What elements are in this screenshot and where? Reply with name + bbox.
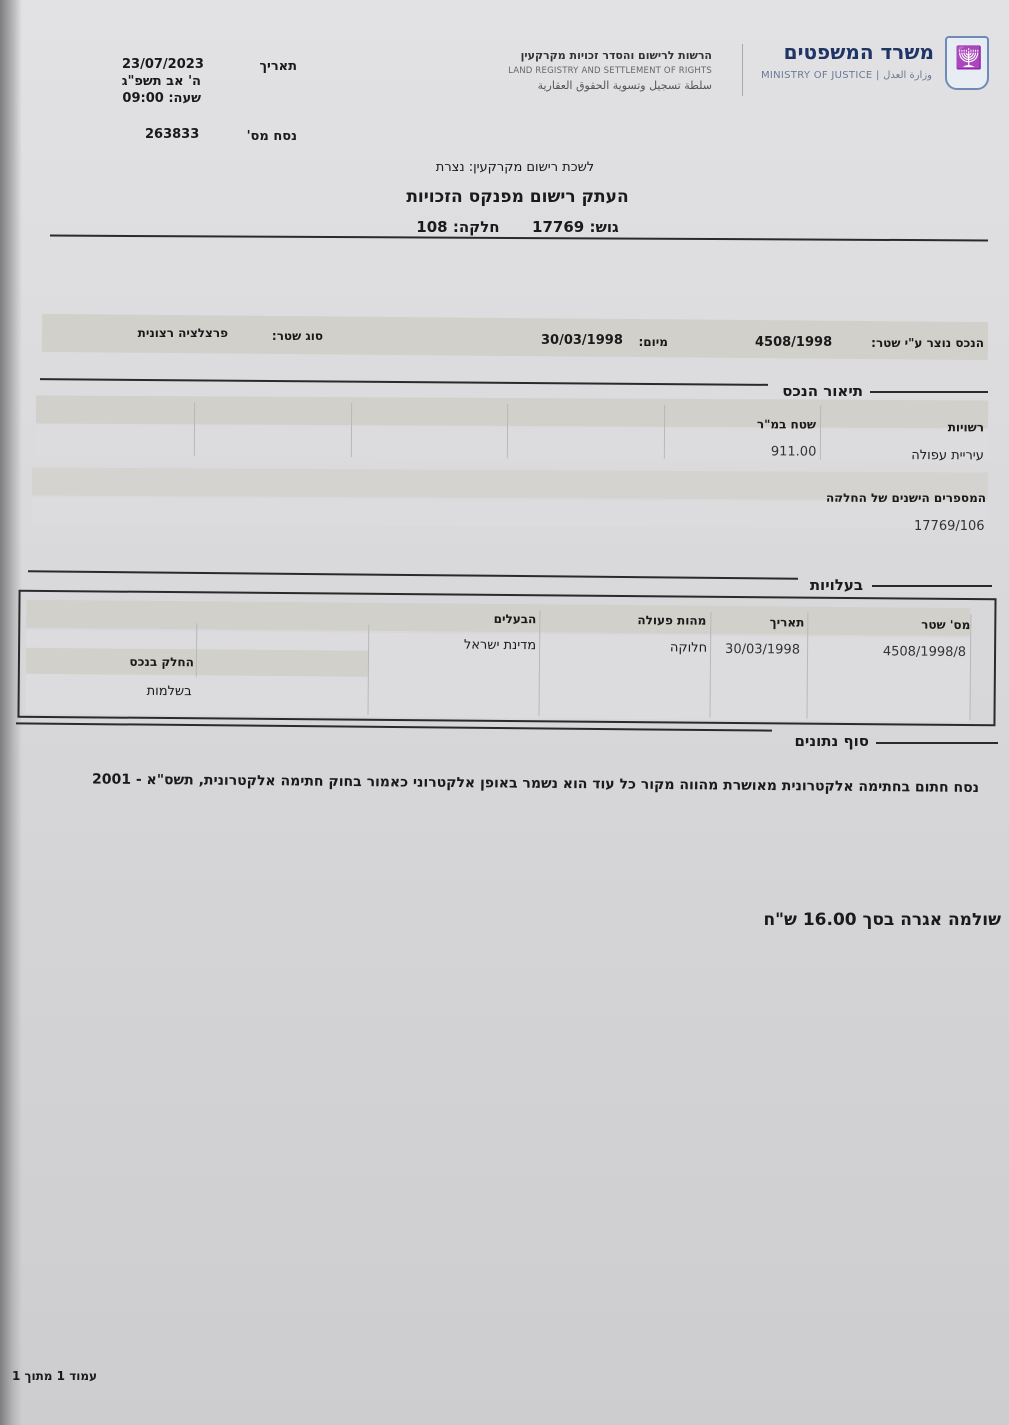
ministry-name-en-ar: MINISTRY OF JUSTICE | وزارة العدل (761, 70, 932, 81)
authority-name-arabic: سلطة تسجيل وتسوية الحقوق العقارية (538, 79, 712, 92)
time-row: שעה: 09:00 (122, 91, 201, 106)
menorah-emblem-icon: 🕎 (945, 36, 989, 90)
fee-note: שולמה אגרה בסך 16.00 ש"ח (763, 910, 1001, 930)
parcel-label: חלקה: (453, 218, 500, 236)
section-rule-left (40, 378, 768, 386)
col-owner: הבעלים (494, 612, 537, 626)
registry-office: לשכת רישום מקרקעין: נצרת (0, 160, 1009, 175)
ministry-name-arabic: وزارة العدل (883, 70, 932, 81)
time-label: שעה: (168, 91, 201, 106)
time-value: 09:00 (122, 91, 163, 106)
owner-value: מדינת ישראל (464, 638, 536, 654)
ownerships-title: בעלויות (804, 576, 869, 594)
ministry-name-english: MINISTRY OF JUSTICE (761, 70, 873, 81)
share-value: בשלמות (147, 684, 192, 699)
authority-value: עיריית עפולה (911, 448, 984, 463)
document-title: העתק רישום מפנקס הזכויות (0, 187, 1009, 207)
ownership-date-value: 30/03/1998 (725, 642, 800, 658)
ownerships-table: מס' שטר תאריך מהות פעולה הבעלים 4508/199… (17, 590, 996, 727)
section-rule-right (870, 391, 988, 393)
date-label: תאריך (259, 59, 297, 74)
property-table: רשויות שטח במ"ר עיריית עפולה 911.00 (36, 396, 988, 463)
end-rule-left (16, 722, 772, 731)
col-date: תאריך (770, 615, 805, 629)
end-rule-right (876, 742, 998, 744)
ministry-name-hebrew: משרד המשפטים (784, 40, 934, 64)
electronic-signature-note: נסח חתום בחתימה אלקטרונית מאושרת מהווה מ… (19, 771, 979, 796)
property-table-row (36, 426, 988, 461)
end-of-data-title: סוף נתונים (788, 732, 875, 750)
land-registry-extract-page: 🕎 משרד המשפטים MINISTRY OF JUSTICE | وزا… (0, 0, 1009, 1425)
header-divider (742, 44, 743, 96)
ownership-rule-left (28, 570, 798, 579)
block-label: גוש: (589, 218, 618, 236)
version-value: 263833 (145, 127, 199, 142)
old-numbers-row (32, 497, 988, 528)
creation-date-label: מיום: (639, 335, 669, 349)
block-value: 17769 (532, 218, 584, 236)
area-value: 911.00 (771, 444, 817, 459)
created-by-label: הנכס נוצר ע"י שטר: (871, 336, 984, 350)
hebrew-date: ה' אב תשפ"ג (122, 74, 201, 89)
col-action: מהות פעולה (637, 613, 706, 628)
share-label: החלק בנכס (129, 655, 194, 670)
action-value: חלוקה (670, 640, 707, 655)
ownership-rule-right (872, 585, 992, 587)
created-by-value: 4508/1998 (755, 335, 832, 350)
col-authorities: רשויות (948, 420, 984, 434)
creation-date-value: 30/03/1998 (541, 333, 623, 348)
old-numbers-value: 17769/106 (914, 519, 985, 534)
property-description-title: תיאור הנכס (776, 382, 869, 400)
col-area-sqm: שטח במ"ר (757, 417, 816, 431)
authority-name-english: LAND REGISTRY AND SETTLEMENT OF RIGHTS (508, 66, 712, 76)
date-value: 23/07/2023 (122, 57, 204, 72)
version-label: נסח מס' (247, 129, 297, 144)
page-indicator: עמוד 1 מתוך 1 (12, 1369, 97, 1383)
property-table-header (36, 396, 988, 429)
block-parcel-line: גוש: 17769 חלקה: 108 (0, 218, 1009, 236)
deed-type-value: פרצלציה רצונית (138, 326, 228, 340)
authority-name-hebrew: הרשות לרישום והסדר זכויות מקרקעין (521, 49, 712, 62)
parcel-value: 108 (416, 218, 447, 236)
col-deed-number: מס' שטר (921, 618, 970, 632)
deed-number-value: 4508/1998/8 (883, 644, 966, 660)
deed-type-label: סוג שטר: (272, 329, 323, 343)
